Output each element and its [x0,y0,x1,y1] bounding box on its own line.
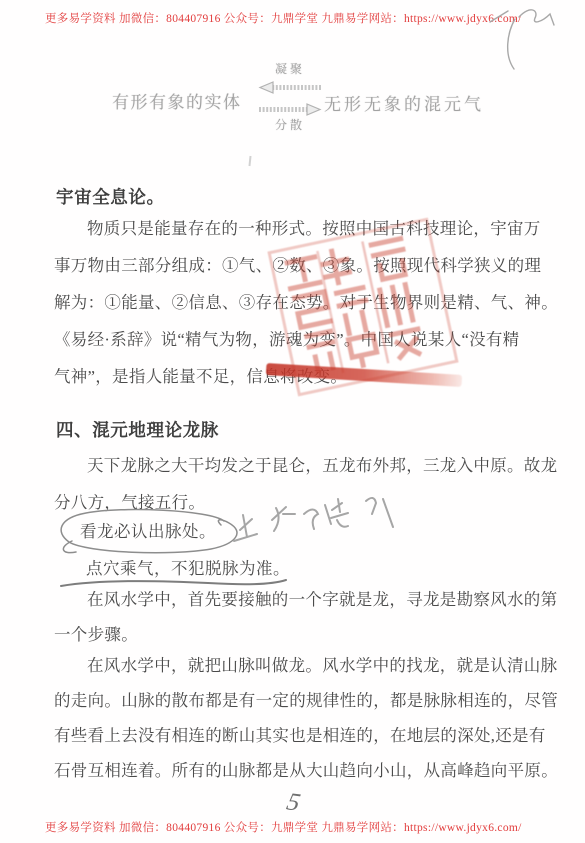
document-page: 更多易学资料 加微信：804407916 公众号：九鼎学堂 九鼎易学网站：htt… [0,0,585,843]
circled-note: 看龙必认出脉处。 [80,518,216,542]
section2-paragraph-3: 在风水学中，就把山脉叫做龙。风水学中的找龙，就是认清山脉 的走向。山脉的散布都是… [54,648,538,788]
header-notice: 更多易学资料 加微信：804407916 公众号：九鼎学堂 九鼎易学网站：htt… [45,10,522,26]
section2-paragraph-1: 天下龙脉之大干均发之于昆仑，五龙布外邦，三龙入中原。故龙 分八方，气接五行。 [54,447,538,521]
footer-notice: 更多易学资料 加微信：804407916 公众号：九鼎学堂 九鼎易学网站：htt… [45,819,522,835]
paragraph-line: 一个步骤。 [54,617,538,652]
paragraph-line: 分八方，气接五行。 [54,484,538,521]
seal-glyphs [271,222,448,387]
paragraph-line: 石骨互相连着。所有的山脉都是从大山趋向小山，从高峰趋向平原。 [54,753,538,788]
paragraph-line: 物质只是能量存在的一种形式。按照中国古科技理论，宇宙万 [54,210,538,247]
paragraph-line: 在风水学中，首先要接触的一个字就是龙，寻龙是勘察风水的第 [54,582,538,617]
section2-heading: 四、混元地理论龙脉 [56,417,219,442]
handwritten-signature-mark [488,2,568,74]
section1-heading: 宇宙全息论。 [56,184,165,209]
underlined-note: 点穴乘气，不犯脱脉为准。 [86,555,290,579]
condense-label: 凝聚 [250,62,330,77]
section2-paragraph-2: 在风水学中，首先要接触的一个字就是龙，寻龙是勘察风水的第 一个步骤。 [54,582,538,652]
paragraph-line: 天下龙脉之大干均发之于昆仑，五龙布外邦，三龙入中原。故龙 [54,447,538,484]
disperse-label: 分散 [250,118,330,133]
condense-left-arrow-icon [257,81,323,94]
scan-artifact-mark [248,156,251,166]
handwritten-page-number: 5 [284,789,303,818]
diagram-left-term: 有形有象的实体 [112,88,242,113]
disperse-right-arrow-icon [257,103,323,116]
paragraph-line: 在风水学中，就把山脉叫做龙。风水学中的找龙，就是认清山脉 [54,648,538,683]
diagram-right-term: 无形无象的混元气 [324,90,484,115]
diagram-arrows: 凝聚 分散 [250,62,330,133]
paragraph-line: 有些看上去没有相连的断山其实也是相连的，在地层的深处,还是有 [54,718,538,753]
paragraph-line: 的走向。山脉的散布都是有一定的规律性的，都是脉脉相连的，尽管 [54,683,538,718]
